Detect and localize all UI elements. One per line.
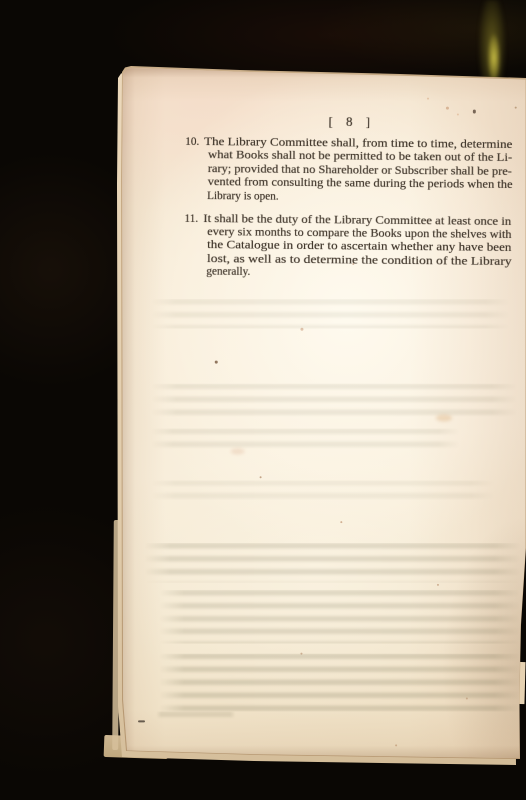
book-cover-edge-glow bbox=[460, 0, 508, 88]
rule-item-11: 11.It shall be the duty of the Library C… bbox=[184, 212, 486, 282]
rule-number: 11. bbox=[184, 212, 200, 226]
rule-item-10: 10.The Library Committee shall, from tim… bbox=[185, 136, 485, 206]
rules-list: 10.The Library Committee shall, from tim… bbox=[179, 60, 526, 773]
book-page: [ 8 ] 10.The Library Committee shall, fr… bbox=[108, 58, 526, 770]
rule-number: 10. bbox=[185, 136, 201, 150]
scanned-book-page-photo: [ 8 ] 10.The Library Committee shall, fr… bbox=[0, 0, 526, 800]
paper-surface: [ 8 ] 10.The Library Committee shall, fr… bbox=[109, 60, 526, 770]
printed-text-layer: [ 8 ] 10.The Library Committee shall, fr… bbox=[102, 60, 525, 773]
